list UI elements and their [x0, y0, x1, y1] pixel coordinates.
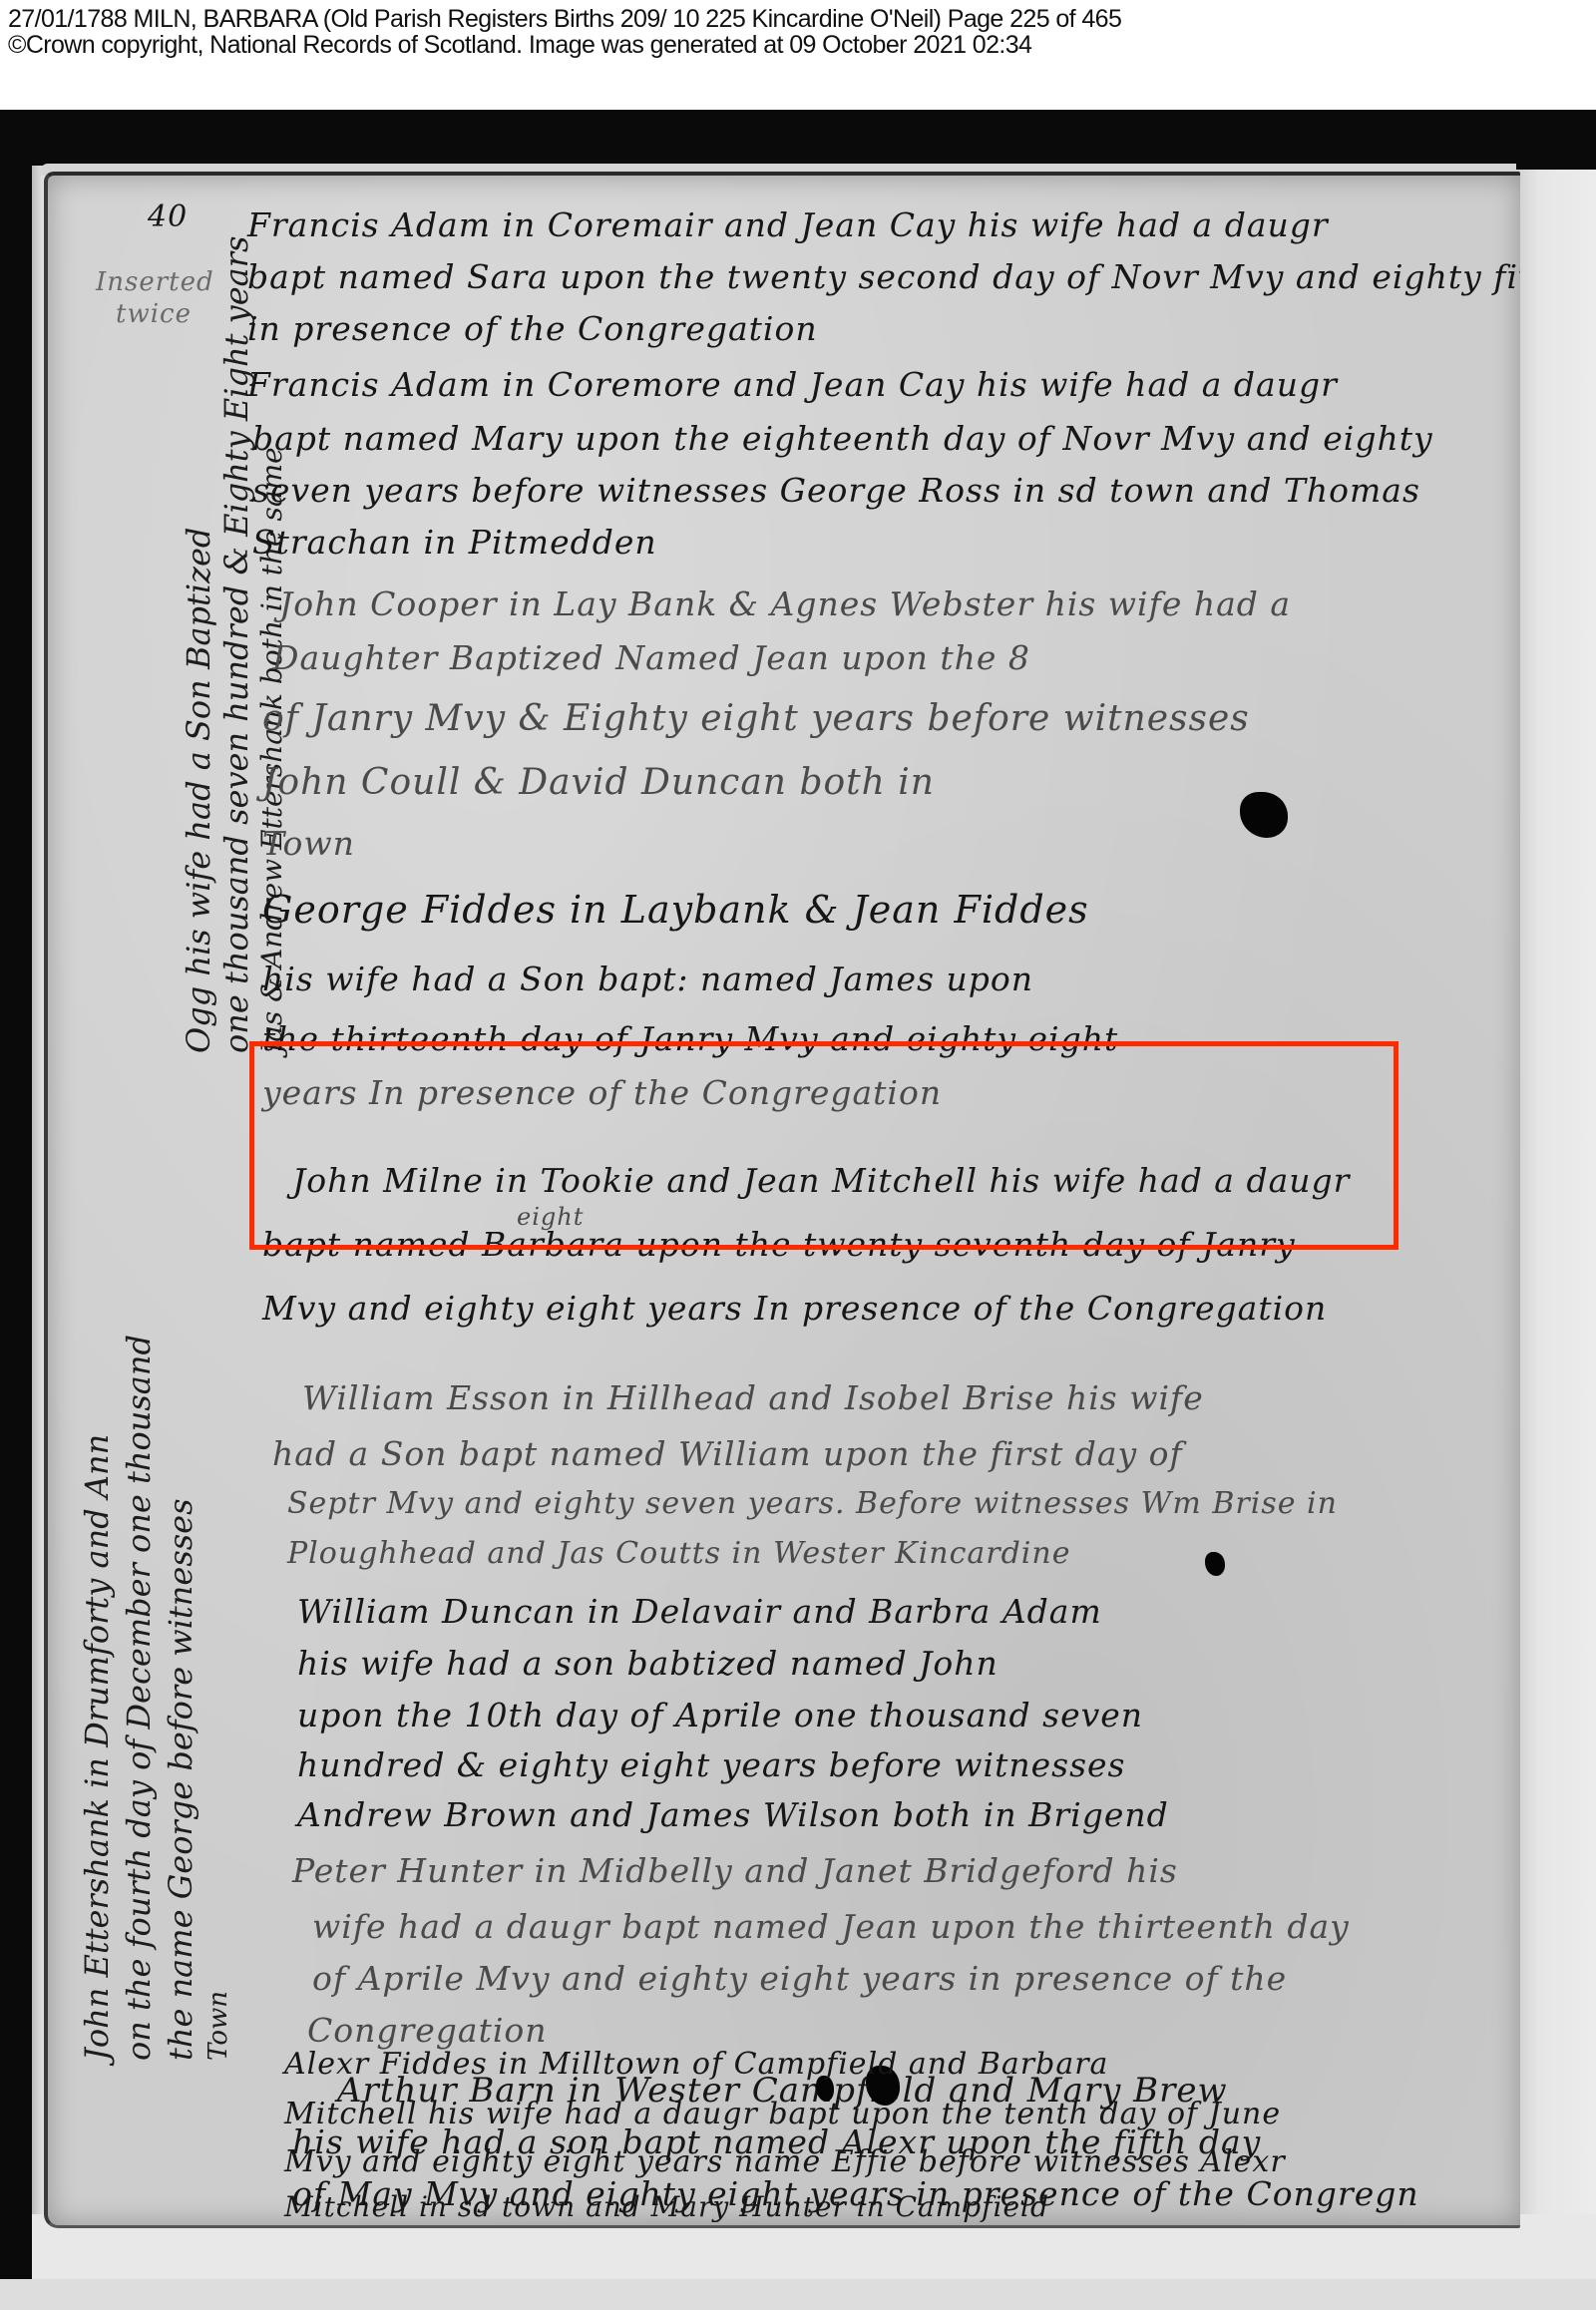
- entry-line: Francis Adam in Coremair and Jean Cay hi…: [247, 205, 1329, 244]
- entry-line: Town: [262, 824, 355, 863]
- margin-vertical-line: Town: [203, 1991, 233, 2061]
- entry-line: seven years before witnesses George Ross…: [252, 471, 1420, 510]
- entry-line: John Cooper in Lay Bank & Agnes Webster …: [279, 584, 1291, 623]
- entry-line: hundred & eighty eight years before witn…: [297, 1745, 1126, 1784]
- entry-line: wife had a daugr bapt named Jean upon th…: [312, 1907, 1350, 1946]
- ink-blot: [1205, 1552, 1225, 1576]
- margin-vertical-line: on the fourth day of December one thousa…: [120, 1335, 158, 2061]
- entry-line: Andrew Brown and James Wilson both in Br…: [297, 1795, 1169, 1834]
- entry-line: years In presence of the Congregation: [262, 1073, 942, 1112]
- entry-line: in presence of the Congregation: [247, 309, 818, 348]
- entry-line: of Aprile Mvy and eighty eight years in …: [312, 1959, 1287, 1998]
- entry-line: Alexr Fiddes in Milltown of Campfield an…: [284, 2047, 1108, 2082]
- entry-line: John Coull & David Duncan both in: [262, 762, 935, 803]
- ink-blot: [1240, 792, 1288, 838]
- entry-line: bapt named Sara upon the twenty second d…: [247, 257, 1520, 296]
- margin-note-twice: twice: [116, 299, 192, 329]
- entry-line: William Esson in Hillhead and Isobel Bri…: [302, 1378, 1204, 1417]
- margin-vertical-line: Ogg his wife had a Son Baptized: [180, 528, 217, 1053]
- entry-line: bapt named Mary upon the eighteenth day …: [252, 419, 1433, 458]
- entry-line: Francis Adam in Coremore and Jean Cay hi…: [247, 365, 1338, 404]
- page-edge-right: [1514, 170, 1596, 2279]
- margin-vertical-line: the name George before witnesses: [162, 1498, 199, 2061]
- entry-line: Peter Hunter in Midbelly and Janet Bridg…: [292, 1851, 1178, 1890]
- entry-line: William Duncan in Delavair and Barbra Ad…: [297, 1592, 1102, 1631]
- entry-line: upon the 10th day of Aprile one thousand…: [297, 1696, 1143, 1734]
- entry-line: George Fiddes in Laybank & Jean Fiddes: [262, 888, 1089, 932]
- record-header: 27/01/1788 MILN, BARBARA (Old Parish Reg…: [0, 0, 1596, 110]
- margin-vertical-line: one thousand seven hundred & Eighty Eigh…: [217, 236, 255, 1053]
- entry-line: the thirteenth day of Janry Mvy and eigh…: [262, 1019, 1118, 1058]
- margin-note-inserted: Inserted: [96, 267, 214, 297]
- entry-line: his wife had a son babtized named John: [297, 1644, 998, 1683]
- entry-line: of Janry Mvy & Eighty eight years before…: [262, 698, 1250, 739]
- highlighted-entry-line: bapt named Barbara upon the twenty seven…: [262, 1225, 1296, 1264]
- manuscript-page: 40 Inserted twice Ogg his wife had a Son…: [44, 172, 1520, 2228]
- entry-line: Mitchell his wife had a daugr bapt upon …: [284, 2097, 1281, 2131]
- entry-line: his wife had a Son bapt: named James upo…: [262, 960, 1033, 998]
- entry-line: Congregation: [307, 2011, 548, 2050]
- register-scan-image: 40 Inserted twice Ogg his wife had a Son…: [0, 110, 1596, 2279]
- entry-line: had a Son bapt named William upon the fi…: [272, 1434, 1183, 1473]
- record-title: 27/01/1788 MILN, BARBARA (Old Parish Reg…: [8, 6, 1335, 32]
- viewer-bottom-bar: [0, 2279, 1596, 2310]
- entry-line: Mitchell in sd town and Mary Hunter in C…: [284, 2190, 1049, 2223]
- highlighted-entry-line: John Milne in Tookie and Jean Mitchell h…: [292, 1161, 1350, 1200]
- entry-line: Mvy and eighty eight years name Effie be…: [284, 2144, 1286, 2179]
- copyright-notice: ©Crown copyright, National Records of Sc…: [8, 32, 1596, 58]
- highlighted-entry-line: Mvy and eighty eight years In presence o…: [262, 1289, 1327, 1328]
- entry-line: Septr Mvy and eighty seven years. Before…: [287, 1486, 1338, 1521]
- entry-line: Strachan in Pitmedden: [252, 523, 657, 562]
- entry-line: Daughter Baptized Named Jean upon the 8: [272, 638, 1030, 677]
- folio-number: 40: [148, 199, 188, 234]
- entry-line: Ploughhead and Jas Coutts in Wester Kinc…: [287, 1536, 1070, 1571]
- margin-vertical-line: John Ettershank in Drumforty and Ann: [78, 1434, 116, 2061]
